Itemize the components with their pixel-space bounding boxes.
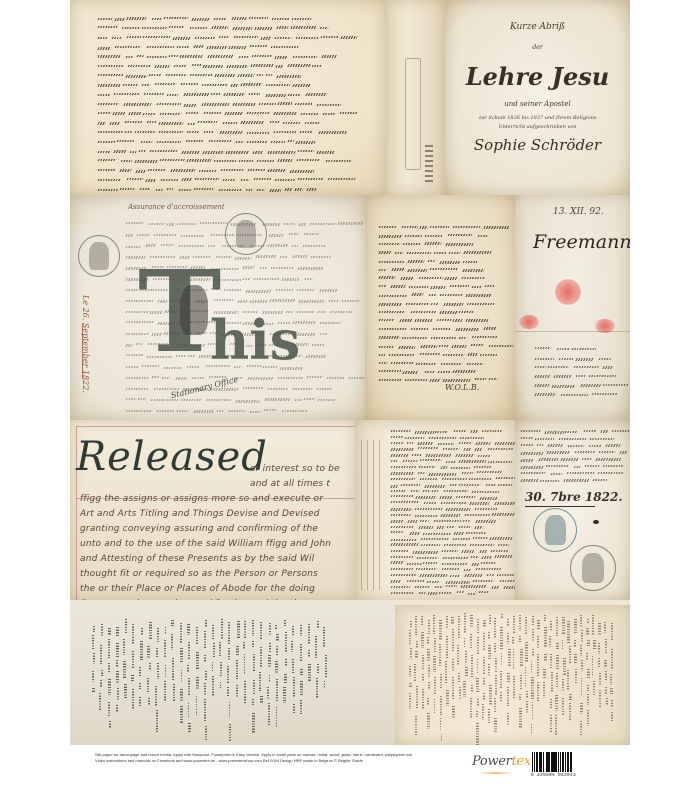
vertical-handwriting-stroke: [532, 702, 534, 720]
vertical-handwriting-stroke: [229, 702, 231, 718]
vertical-handwriting-stroke: [415, 716, 418, 735]
vertical-handwriting-stroke: [605, 639, 608, 654]
vertical-handwriting-stroke: [124, 684, 127, 699]
vertical-handwriting-stroke: [212, 676, 214, 696]
vertical-handwriting-stroke: [117, 688, 119, 699]
vertical-handwriting-stroke: [228, 622, 231, 645]
vertical-handwriting-stroke: [317, 664, 319, 673]
vertical-handwriting-stroke: [422, 655, 424, 671]
vertical-handwriting-stroke: [196, 652, 198, 670]
vertical-handwriting-stroke: [284, 620, 286, 626]
vertical-handwriting-stroke: [283, 687, 286, 702]
handwriting-line: [521, 428, 621, 435]
vertical-handwriting-stroke: [108, 628, 111, 635]
vertical-handwriting-stroke: [109, 721, 111, 729]
vertical-handwriting-stroke: [204, 655, 206, 663]
vertical-handwriting-stroke: [285, 659, 288, 667]
vertical-handwriting-stroke: [427, 698, 429, 705]
vertical-handwriting-stroke: [451, 617, 453, 625]
handwriting-line: [98, 138, 360, 148]
barcode: [532, 752, 584, 772]
vertical-handwriting-stroke: [452, 677, 454, 699]
vertical-handwriting-stroke: [100, 645, 102, 664]
vertical-handwriting-stroke: [526, 691, 528, 697]
vertical-handwriting-stroke: [525, 667, 527, 686]
vertical-handwriting-stroke: [409, 666, 412, 678]
vertical-handwriting-stroke: [569, 694, 572, 699]
vertical-handwriting-stroke: [164, 640, 166, 657]
vertical-handwriting-stroke: [446, 636, 448, 658]
vertical-handwriting-stroke: [108, 639, 110, 658]
vertical-handwriting-stroke: [494, 643, 497, 652]
vertical-handwriting-stroke: [236, 685, 238, 697]
handwriting-line: [535, 381, 617, 390]
vertical-handwriting-columns: [409, 613, 617, 737]
released-deed-document: Released or interest so to beand at all …: [70, 420, 355, 600]
handwriting-lines: [379, 223, 499, 385]
vertical-handwriting-stroke: [156, 648, 159, 657]
vertical-handwriting-stroke: [581, 630, 584, 642]
handwriting-line: [521, 463, 621, 470]
blue-stamp-seal: [533, 508, 577, 552]
vertical-handwriting-stroke: [188, 723, 191, 733]
vertical-handwriting-stroke: [157, 663, 159, 679]
vertical-handwriting-stroke: [537, 636, 539, 649]
signature-letter: 13. XII. 92. Freemann: [515, 195, 630, 420]
poem-signature: W.O.L.B.: [445, 383, 479, 392]
vertical-handwriting-stroke: [93, 626, 95, 632]
vertical-handwriting-stroke: [236, 646, 239, 655]
red-wax-mark-left: [519, 315, 539, 329]
vertical-handwriting-stroke: [409, 693, 411, 710]
vertical-handwriting-stroke: [593, 681, 595, 695]
vertical-handwriting-stroke: [173, 684, 175, 702]
vertical-handwriting-stroke: [92, 688, 95, 693]
vertical-handwriting-stroke: [414, 664, 416, 681]
vertical-handwriting-stroke: [125, 619, 127, 634]
vertical-handwriting-stroke: [116, 660, 118, 667]
vertical-handwriting-stroke: [488, 664, 490, 677]
red-wax-seal: [555, 279, 581, 305]
vertical-handwriting-box: [405, 58, 421, 170]
vertical-handwriting-stroke: [605, 687, 607, 695]
vertical-handwriting-stroke: [495, 675, 497, 695]
handwriting-line: [126, 384, 356, 395]
released-text-line: or interest so to be: [250, 464, 340, 474]
vertical-handwriting-stroke: [463, 681, 465, 697]
vertical-handwriting-stroke: [483, 657, 486, 674]
vertical-handwriting-stroke: [139, 683, 141, 689]
vertical-handwriting-stroke: [252, 641, 254, 647]
vertical-handwriting-stroke: [470, 634, 472, 649]
released-text-line: thought fit or required so as the Person…: [80, 569, 318, 579]
vertical-handwriting-stroke: [100, 680, 102, 688]
red-rule: [76, 426, 355, 427]
handwriting-line: [379, 266, 499, 275]
vertical-handwriting-stroke: [508, 649, 511, 667]
vertical-handwriting-stroke: [317, 621, 319, 628]
vertical-handwriting-stroke: [551, 672, 553, 692]
vertical-handwriting-stroke: [587, 685, 589, 691]
vertical-handwriting-stroke: [507, 673, 510, 682]
handwriting-line: [126, 395, 356, 406]
vertical-handwriting-stroke: [188, 642, 190, 659]
vertical-handwriting-stroke: [604, 660, 607, 667]
vertical-handwriting-stroke: [116, 671, 119, 684]
vertical-handwriting-stroke: [275, 661, 277, 674]
vertical-handwriting-stroke: [428, 620, 430, 634]
handwriting-line: [98, 166, 360, 176]
vertical-handwriting-stroke: [477, 619, 479, 634]
vertical-handwriting-stroke: [427, 637, 429, 644]
vertical-handwriting-stroke: [92, 635, 94, 650]
vertical-handwriting-stroke: [300, 700, 302, 714]
vertical-handwriting-stroke: [525, 642, 528, 663]
vertical-handwriting-stroke: [422, 689, 424, 710]
vertical-handwriting-stroke: [428, 682, 430, 690]
vertical-handwriting-stroke: [543, 682, 546, 697]
vertical-handwriting-stroke: [253, 680, 255, 694]
vertical-handwriting-stroke: [108, 663, 110, 673]
vertical-handwriting-stroke: [236, 660, 238, 678]
vertical-handwriting-stroke: [276, 707, 278, 727]
handwriting-line: [98, 33, 360, 43]
vertical-handwriting-stroke: [164, 681, 166, 702]
vertical-handwriting-stroke: [537, 654, 539, 677]
vertical-handwriting-stroke: [562, 640, 564, 650]
vertical-handwriting-stroke: [494, 718, 497, 732]
vertical-handwriting-stroke: [470, 698, 472, 719]
vertical-handwriting-stroke: [586, 653, 588, 661]
vertical-handwriting-stroke: [196, 677, 198, 689]
vertical-handwriting-stroke: [569, 703, 571, 721]
logo-primary-text: Power: [472, 754, 512, 769]
vertical-handwriting-stroke: [556, 617, 558, 635]
vertical-handwriting-stroke: [563, 658, 566, 675]
vertical-handwriting-stroke: [550, 654, 552, 668]
vertical-handwriting-stroke: [532, 629, 535, 642]
vertical-handwriting-stroke: [519, 636, 521, 642]
vertical-handwriting-stroke: [587, 640, 589, 645]
released-text-line: ffigg the assigns or assigns more so and…: [80, 494, 323, 504]
vertical-handwriting-stroke: [611, 623, 613, 642]
vertical-handwriting-stroke: [123, 661, 126, 680]
handwriting-line: [391, 590, 509, 596]
vertical-handwriting-stroke: [494, 618, 496, 639]
vertical-handwriting-stroke: [581, 660, 583, 671]
released-text-line: and Attesting of these Presents as by th…: [80, 554, 314, 564]
vertical-handwriting-stroke: [293, 677, 295, 697]
vertical-handwriting-stroke: [465, 651, 467, 664]
vertical-handwriting-stroke: [165, 665, 167, 677]
vertical-handwriting-stroke: [537, 682, 539, 702]
vertical-handwriting-stroke: [219, 642, 221, 657]
vertical-handwriting-stroke: [187, 624, 189, 635]
crowned-seal-stamp: [225, 213, 267, 255]
stamp-date: 30. 7bre 1822.: [525, 490, 623, 504]
released-text-line: and at all times t: [250, 479, 330, 489]
vertical-handwriting-stroke: [308, 650, 310, 658]
coat-of-arms-icon: [180, 285, 208, 335]
vertical-handwriting-stroke: [476, 723, 479, 745]
date-underline: [525, 506, 595, 507]
vertical-handwriting-stroke: [139, 667, 141, 677]
vertical-handwriting-stroke: [483, 633, 485, 651]
vertical-handwriting-stroke: [171, 634, 173, 651]
vertical-handwriting-stroke: [428, 665, 430, 676]
vertical-handwriting-stroke: [252, 620, 254, 636]
vertical-handwriting-stroke: [574, 654, 577, 663]
vertical-handwriting-stroke: [276, 646, 279, 656]
vertical-handwriting-stroke: [580, 615, 582, 627]
vertical-handwriting-stroke: [459, 687, 461, 699]
vertical-handwriting-stroke: [489, 615, 491, 624]
poem-letter: W.O.L.B.: [365, 195, 515, 420]
vertical-handwriting-stroke: [507, 713, 509, 725]
vertical-handwriting-stroke: [507, 687, 509, 705]
vertical-handwriting-stroke: [300, 669, 303, 675]
vertical-handwriting-stroke: [291, 641, 293, 651]
vertical-handwriting-stroke: [180, 623, 182, 643]
this-header-line: Assurance d'accroissement: [128, 203, 225, 211]
handwriting-line: [379, 368, 499, 377]
vertical-handwriting-stroke: [116, 627, 118, 637]
handwriting-line: [521, 449, 621, 456]
vertical-handwriting-stroke: [452, 659, 454, 673]
handwriting-lines: [391, 428, 509, 596]
vertical-handwriting-stroke: [458, 616, 460, 639]
vertical-handwriting-stroke: [267, 687, 269, 700]
vertical-handwriting-stroke: [519, 708, 522, 730]
title-main: Lehre Jesu: [445, 62, 630, 91]
vertical-handwriting-stroke: [300, 681, 302, 695]
handwriting-line: [379, 249, 499, 258]
vertical-handwriting-stroke: [543, 669, 546, 678]
vertical-handwriting-stroke: [556, 643, 559, 649]
vertical-handwriting-stroke: [181, 670, 183, 681]
vertical-handwriting-stroke: [205, 671, 207, 680]
title-page-lehre-jesu: Kurze Abriß der Lehre Jesu und seiner Ap…: [445, 0, 630, 195]
vertical-handwriting-stroke: [243, 642, 245, 650]
vertical-handwriting-stroke: [500, 627, 503, 650]
vertical-handwriting-stroke: [488, 632, 490, 640]
handwriting-line: [379, 274, 499, 283]
vertical-handwriting-stroke: [260, 647, 263, 668]
vertical-handwriting-stroke: [586, 628, 589, 636]
vertical-handwriting-stroke: [580, 645, 583, 656]
vertical-handwriting-stroke: [325, 655, 328, 677]
handwriting-line: [379, 283, 499, 292]
vertical-handwriting-stroke: [148, 698, 150, 706]
vertical-handwriting-columns: [92, 618, 332, 730]
handwriting-line: [521, 442, 621, 449]
vertical-handwriting-stroke: [101, 670, 103, 677]
vertical-handwriting-stroke: [157, 628, 159, 642]
title-note-2: Unterricht aufgeschrieben von: [445, 124, 630, 130]
vertical-handwriting-stroke: [537, 620, 540, 630]
vertical-handwriting-stroke: [220, 682, 222, 688]
handwriting-line: [379, 300, 499, 309]
vertical-handwriting-stroke: [513, 649, 515, 668]
handwriting-line: [98, 109, 360, 119]
handwritten-letter-top-left: [70, 0, 385, 195]
vertical-handwriting-stroke: [315, 636, 317, 658]
vertical-handwriting-stroke: [500, 692, 502, 700]
handwriting-line: [98, 24, 360, 34]
vertical-handwriting-stroke: [556, 655, 558, 669]
vertical-handwriting-stroke: [532, 649, 534, 657]
vertical-handwriting-stroke: [123, 639, 125, 655]
vertical-handwriting-stroke: [434, 638, 437, 653]
vertical-handwriting-stroke: [92, 671, 95, 683]
vertical-handwriting-stroke: [260, 622, 262, 639]
vertical-handwriting-stroke: [532, 616, 534, 625]
released-text-line: unto and to the use of the said William …: [80, 539, 331, 549]
vertical-handwriting-stroke: [188, 678, 190, 696]
vertical-handwriting-stroke: [293, 704, 295, 713]
vertical-handwriting-stroke: [427, 649, 430, 662]
vertical-handwriting-stroke: [220, 662, 223, 676]
handwriting-line: [98, 119, 360, 129]
vertical-handwriting-stroke: [611, 649, 613, 669]
vertical-handwriting-stroke: [446, 690, 448, 705]
handwriting-line: [535, 345, 617, 354]
vertical-handwriting-stroke: [188, 703, 190, 717]
vertical-handwriting-stroke: [580, 703, 582, 715]
vertical-handwriting-stroke: [252, 699, 254, 705]
vertical-handwriting-stroke: [149, 663, 151, 671]
handwriting-line: [98, 185, 360, 195]
vertical-handwriting-stroke: [421, 632, 424, 648]
vertical-handwriting-stroke: [422, 674, 424, 682]
vertical-handwriting-stroke: [604, 622, 606, 633]
handwriting-line: [379, 240, 499, 249]
vertical-handwriting-stroke: [147, 678, 149, 692]
handwriting-line: [379, 317, 499, 326]
vertical-handwriting-stroke: [187, 665, 189, 672]
vertical-handwriting-stroke: [500, 671, 502, 688]
vertical-handwriting-stroke: [525, 617, 527, 634]
vertical-handwriting-stroke: [581, 678, 583, 696]
vertical-handwriting-stroke: [204, 683, 206, 695]
handwriting-lines: [98, 14, 360, 195]
vertical-handwriting-stroke: [544, 654, 547, 662]
signature-date: 13. XII. 92.: [553, 207, 604, 217]
vertical-handwriting-stroke: [470, 615, 473, 628]
vertical-handwriting-stroke: [260, 696, 262, 702]
vertical-handwriting-stroke: [606, 698, 609, 705]
this-big-word: his: [210, 313, 300, 367]
vertical-handwriting-stroke: [477, 659, 479, 674]
vertical-handwriting-stroke: [439, 644, 441, 667]
handwriting-line: [379, 342, 499, 351]
vertical-handwriting-stroke: [165, 627, 167, 635]
vertical-handwriting-stroke: [483, 620, 485, 627]
vertical-handwriting-stroke: [457, 645, 459, 666]
vertical-handwriting-stroke: [555, 715, 557, 736]
vertical-handwriting-stroke: [507, 633, 509, 644]
handwriting-line: [98, 43, 360, 53]
handwriting-line: [98, 52, 360, 62]
logo-accent-text: tex: [512, 754, 531, 769]
vertical-handwriting-stroke: [292, 659, 294, 673]
vertical-handwriting-stroke: [501, 653, 503, 667]
vertical-handwriting-stroke: [409, 630, 411, 645]
vertical-handwriting-stroke: [410, 648, 413, 659]
handwriting-line: [98, 157, 360, 167]
vertical-handwriting-stroke: [132, 689, 134, 709]
vertical-handwriting-stroke: [212, 662, 214, 672]
vertical-handwriting-stroke: [101, 624, 103, 636]
handwriting-line: [379, 223, 499, 232]
title-subtitle: und seiner Apostel: [445, 100, 630, 108]
vertical-handwriting-stroke: [476, 711, 478, 717]
vertical-handwriting-stroke: [599, 690, 602, 707]
vertical-handwriting-stroke: [587, 710, 589, 726]
vertical-handwriting-stroke: [433, 615, 436, 634]
dense-script-document: [355, 420, 515, 600]
decoupage-paper-sheet: Kurze Abriß der Lehre Jesu und seiner Ap…: [70, 0, 630, 745]
handwriting-line: [521, 456, 621, 463]
vertical-handwriting-stroke: [488, 645, 491, 660]
vertical-handwriting-stroke: [415, 651, 417, 659]
vertical-handwriting-stroke: [575, 669, 577, 684]
title-connector: der: [445, 44, 630, 51]
handwriting-line: [535, 390, 617, 399]
folded-document-strip: [385, 0, 445, 195]
handwriting-line: [521, 477, 621, 484]
vertical-handwriting-stroke: [434, 699, 436, 714]
vertical-handwriting-stroke: [268, 655, 271, 668]
vertical-handwriting-stroke: [587, 694, 589, 705]
vertical-handwriting-stroke: [550, 715, 552, 732]
vertical-handwriting-stroke: [483, 678, 485, 685]
released-big-word: Released: [76, 434, 268, 480]
vertical-handwriting-stroke: [610, 674, 612, 685]
handwriting-line: [98, 128, 360, 138]
vertical-handwriting-stroke: [99, 693, 101, 710]
vertical-handwriting-stroke: [513, 616, 515, 634]
title-note-1: zur Schule 1836 bis 1837 und Ihrem Relig…: [445, 115, 630, 121]
vertical-handwriting-stroke: [433, 656, 436, 672]
vertical-handwriting-stroke: [180, 706, 182, 722]
vertical-handwriting-stroke: [544, 615, 546, 621]
vertical-margin-notes: [361, 440, 385, 590]
vertical-handwriting-stroke: [108, 702, 110, 718]
vertical-handwriting-stroke: [116, 705, 118, 713]
vertical-handwriting-stroke: [180, 689, 183, 702]
vertical-handwriting-stroke: [465, 667, 468, 676]
vertical-handwriting-stroke: [440, 718, 442, 730]
vertical-handwriting-stroke: [439, 620, 441, 640]
vertical-handwriting-stroke: [139, 697, 141, 707]
released-text-line: the or their Place or Places of Abode fo…: [80, 584, 315, 594]
vertical-handwriting-stroke: [550, 699, 552, 708]
vertical-handwriting-stroke: [593, 640, 596, 649]
vertical-handwriting-stroke: [441, 734, 443, 741]
vertical-handwriting-stroke: [452, 706, 455, 719]
vertical-handwriting-stroke: [205, 726, 208, 741]
vertical-handwriting-stroke: [244, 681, 247, 704]
vertical-handwriting-stroke: [416, 641, 418, 648]
vertical-handwriting-stroke: [445, 661, 447, 684]
vertical-handwriting-stroke: [482, 704, 484, 720]
vertical-handwriting-stroke: [488, 709, 490, 724]
vertical-handwriting-stroke: [549, 636, 551, 646]
vertical-handwriting-stroke: [284, 674, 287, 683]
vertical-handwriting-stroke: [452, 629, 454, 652]
vertical-handwriting-stroke: [244, 621, 246, 639]
